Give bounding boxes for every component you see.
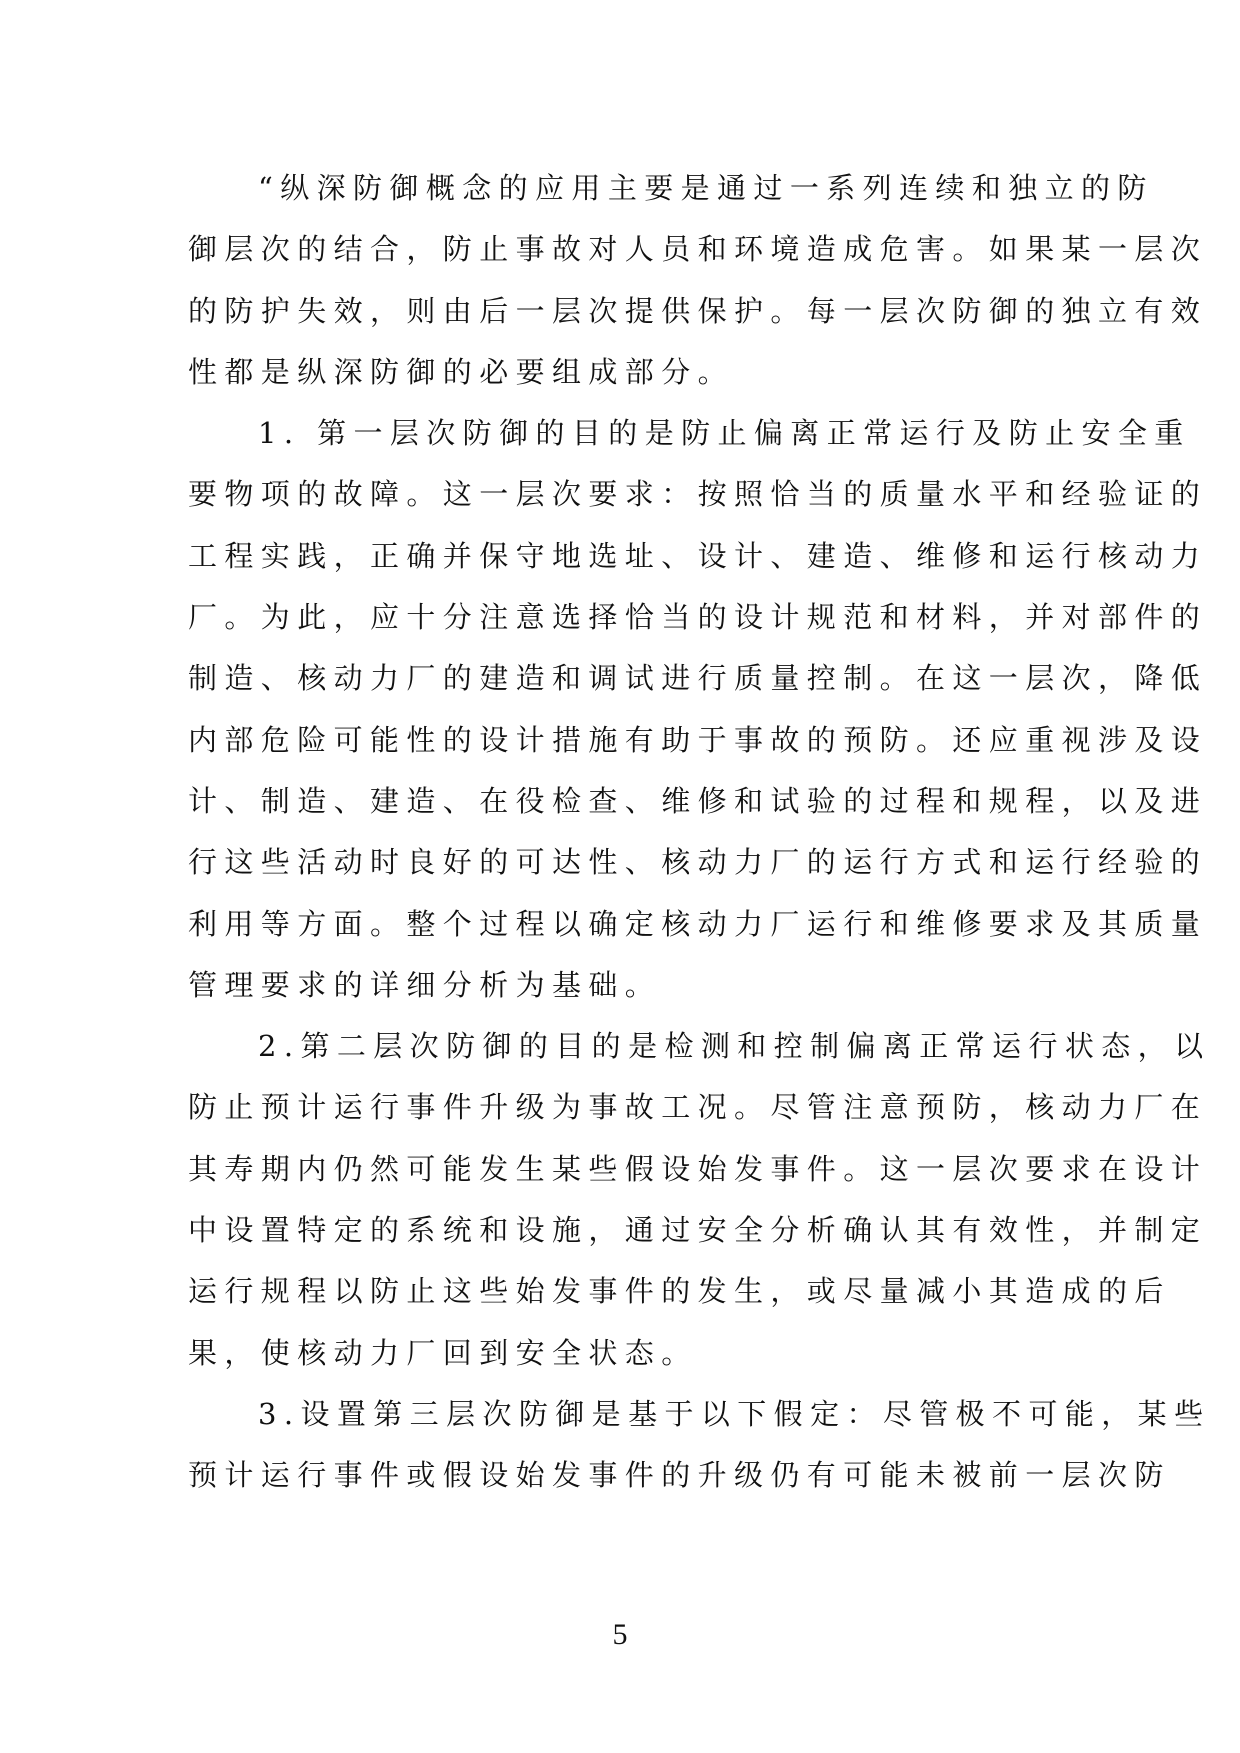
text-line: 要物项的故障。这一层次要求：按照恰当的质量水平和经验证的	[188, 464, 1058, 525]
text-line: 防止预计运行事件升级为事故工况。尽管注意预防，核动力厂在	[188, 1077, 1058, 1138]
text-line: 制造、核动力厂的建造和调试进行质量控制。在这一层次，降低	[188, 648, 1058, 709]
text-line: 运行规程以防止这些始发事件的发生，或尽量减小其造成的后	[188, 1261, 1058, 1322]
text-line: 2.第二层次防御的目的是检测和控制偏离正常运行状态，以	[188, 1016, 1058, 1077]
text-line: 行这些活动时良好的可达性、核动力厂的运行方式和运行经验的	[188, 832, 1058, 893]
body-text: “纵深防御概念的应用主要是通过一系列连续和独立的防 御层次的结合，防止事故对人员…	[188, 158, 1058, 1507]
text-line: 工程实践，正确并保守地选址、设计、建造、维修和运行核动力	[188, 526, 1058, 587]
text-line: 内部危险可能性的设计措施有助于事故的预防。还应重视涉及设	[188, 710, 1058, 771]
page-number: 5	[0, 1618, 1240, 1652]
text-line: 果，使核动力厂回到安全状态。	[188, 1323, 1058, 1384]
text-line: 计、制造、建造、在役检查、维修和试验的过程和规程，以及进	[188, 771, 1058, 832]
text-line: 御层次的结合，防止事故对人员和环境造成危害。如果某一层次	[188, 219, 1058, 280]
text-line: 的防护失效，则由后一层次提供保护。每一层次防御的独立有效	[188, 281, 1058, 342]
text-line: 利用等方面。整个过程以确定核动力厂运行和维修要求及其质量	[188, 894, 1058, 955]
text-line: 厂。为此，应十分注意选择恰当的设计规范和材料，并对部件的	[188, 587, 1058, 648]
paragraph-level-1-defense: 1. 第一层次防御的目的是防止偏离正常运行及防止安全重 要物项的故障。这一层次要…	[188, 403, 1058, 1016]
paragraph-level-2-defense: 2.第二层次防御的目的是检测和控制偏离正常运行状态，以 防止预计运行事件升级为事…	[188, 1016, 1058, 1384]
document-page: “纵深防御概念的应用主要是通过一系列连续和独立的防 御层次的结合，防止事故对人员…	[0, 0, 1240, 1753]
text-line: 其寿期内仍然可能发生某些假设始发事件。这一层次要求在设计	[188, 1139, 1058, 1200]
text-line: 3.设置第三层次防御是基于以下假定：尽管极不可能，某些	[188, 1384, 1058, 1445]
paragraph-level-3-defense: 3.设置第三层次防御是基于以下假定：尽管极不可能，某些 预计运行事件或假设始发事…	[188, 1384, 1058, 1507]
text-line: “纵深防御概念的应用主要是通过一系列连续和独立的防	[188, 158, 1058, 219]
text-line: 性都是纵深防御的必要组成部分。	[188, 342, 1058, 403]
text-line: 预计运行事件或假设始发事件的升级仍有可能未被前一层次防	[188, 1445, 1058, 1506]
text-line: 管理要求的详细分析为基础。	[188, 955, 1058, 1016]
text-line: 中设置特定的系统和设施，通过安全分析确认其有效性，并制定	[188, 1200, 1058, 1261]
text-line: 1. 第一层次防御的目的是防止偏离正常运行及防止安全重	[188, 403, 1058, 464]
paragraph-defense-in-depth-intro: “纵深防御概念的应用主要是通过一系列连续和独立的防 御层次的结合，防止事故对人员…	[188, 158, 1058, 403]
